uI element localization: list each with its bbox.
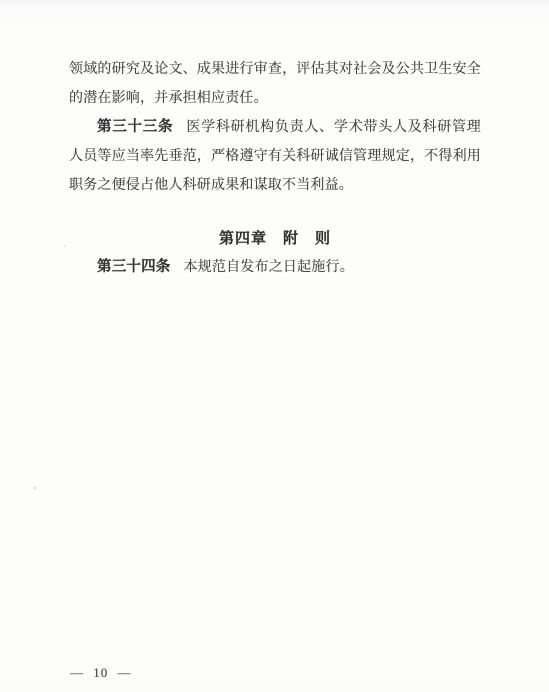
article-34-number: 第三十四条 — [97, 259, 171, 275]
article-33-first-line: 第三十三条医学科研机构负责人、学术带头人及科研管理 — [69, 113, 481, 142]
article-33-line: 职务之便侵占他人科研成果和谋取不当利益。 — [69, 171, 481, 200]
scan-speck — [455, 73, 458, 75]
scan-speck — [34, 487, 36, 489]
page-number-footer: — 10 — — [70, 663, 132, 683]
scanned-document-page: 领域的研究及论文、成果进行审查，评估其对社会及公共卫生安全 的潜在影响，并承担相… — [0, 0, 549, 692]
article-33-line: 人员等应当率先垂范，严格遵守有关科研诚信管理规定，不得利用 — [69, 142, 481, 171]
paragraph-continuation-line: 领域的研究及论文、成果进行审查，评估其对社会及公共卫生安全 — [69, 55, 481, 84]
article-33-number: 第三十三条 — [97, 119, 173, 135]
article-33-text: 医学科研机构负责人、学术带头人及科研管理 — [186, 120, 481, 135]
document-body: 领域的研究及论文、成果进行审查，评估其对社会及公共卫生安全 的潜在影响，并承担相… — [69, 55, 481, 282]
article-34-line: 第三十四条本规范自发布之日起施行。 — [69, 253, 481, 282]
paragraph-continuation-line: 的潜在影响，并承担相应责任。 — [69, 84, 481, 113]
chapter-heading: 第四章 附 则 — [69, 224, 481, 253]
article-34-text: 本规范自发布之日起施行。 — [184, 260, 354, 275]
scan-speck — [64, 245, 66, 247]
